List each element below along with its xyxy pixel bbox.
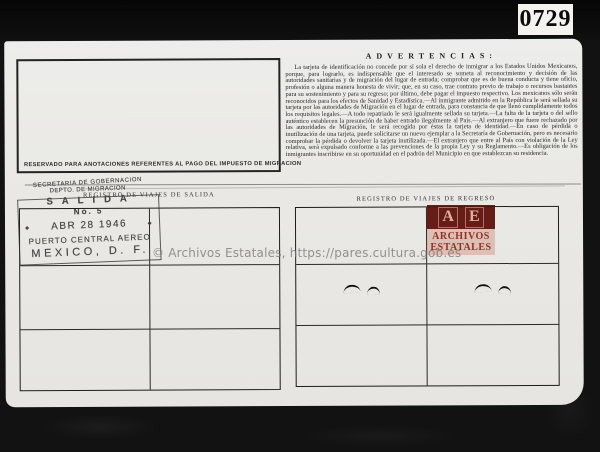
- table-cell: [296, 264, 427, 326]
- regreso-table-header: REGISTRO DE VIAJES DE REGRESO: [295, 195, 557, 203]
- scanned-document-viewer: 0729 RESERVADO PARA ANOTACIONES REFERENT…: [0, 0, 600, 452]
- table-cell: [427, 325, 558, 386]
- stamp-border-box: SALIDA No. 5 ◆ ABR 28 1946 ◆ PUERTO CENT…: [17, 194, 161, 266]
- table-cell: [150, 329, 279, 390]
- archive-number-label: 0729: [518, 4, 573, 35]
- stamp-date-row: ◆ ABR 28 1946 ◆: [23, 217, 155, 233]
- logo-wordmark: ARCHIVOS ESTATALES: [427, 229, 495, 255]
- scan-blotch: [300, 425, 460, 447]
- logo-letter-a: A: [438, 207, 458, 228]
- table-cell: [427, 264, 558, 326]
- logo-word-estatales: ESTATALES: [427, 243, 495, 254]
- advertencias-section: ADVERTENCIAS: La tarjeta de identificaci…: [285, 51, 577, 159]
- table-cell: [296, 325, 427, 386]
- stamp-diamond-icon: ◆: [148, 220, 154, 226]
- logo-letter-e: E: [465, 207, 484, 228]
- advertencias-body: La tarjeta de identificación no concede …: [285, 64, 577, 159]
- stamp-date: ABR 28 1946: [51, 218, 127, 232]
- scan-blotch: [40, 414, 160, 440]
- logo-monogram: A E: [427, 205, 495, 229]
- migration-card: RESERVADO PARA ANOTACIONES REFERENTES AL…: [4, 39, 584, 408]
- reserved-annotations-box: RESERVADO PARA ANOTACIONES REFERENTES AL…: [16, 58, 280, 173]
- advertencias-title: ADVERTENCIAS:: [285, 51, 577, 61]
- reserved-box-caption: RESERVADO PARA ANOTACIONES REFERENTES AL…: [24, 161, 274, 168]
- table-cell: [20, 266, 150, 331]
- archivos-estatales-logo: A E ARCHIVOS ESTATALES: [427, 205, 495, 255]
- ditto-mark-icon: [474, 284, 511, 292]
- stamp-diamond-icon: ◆: [25, 225, 31, 231]
- salida-rubber-stamp: SECRETARIA DE GOBERNACION DEPTO. DE MIGR…: [16, 177, 161, 266]
- ditto-mark-icon: [343, 285, 380, 293]
- table-cell: [150, 265, 279, 330]
- stamp-city: MEXICO, D. F.: [24, 243, 156, 260]
- pares-watermark-text: © Archivos Estatales, https://pares.cult…: [152, 246, 461, 260]
- table-cell: [20, 330, 150, 391]
- logo-word-archivos: ARCHIVOS: [427, 232, 495, 243]
